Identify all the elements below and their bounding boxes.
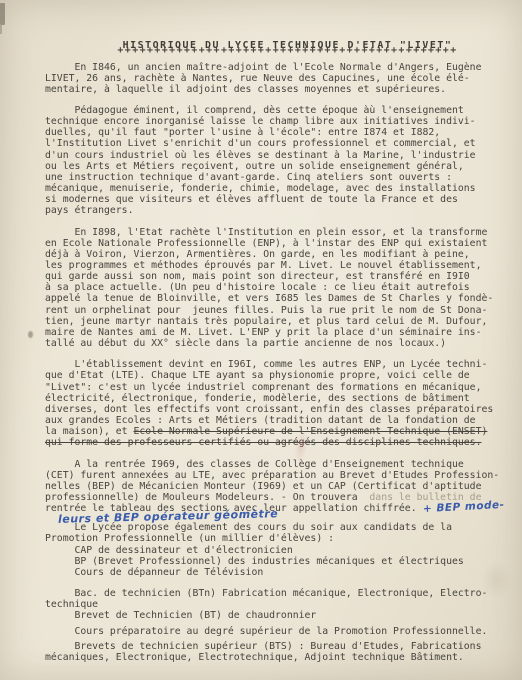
paragraph: L'établissement devint en I96I, comme le…	[45, 359, 500, 448]
text-line: Promotion Professionnelle (un millier d'…	[45, 533, 500, 544]
typed-text: aux grandes Ecoles : Arts et Métiers (tr…	[45, 415, 476, 426]
typed-text: "Livet": c'est un lycée industriel compr…	[45, 382, 481, 393]
scan-artifact-corner	[0, 3, 5, 25]
text-line: une instruction technique d'avant-garde.…	[45, 172, 500, 183]
typed-text: Bac. de technicien (BTn) Fabrication méc…	[45, 588, 487, 599]
typed-text: nelles (BEP) de Mécanicien Monteur (I969…	[45, 481, 481, 492]
struck-through-text: qui forme des professeurs certifiés ou a…	[45, 437, 481, 448]
typed-text: professionnelle) de Mouleurs Modeleurs. …	[45, 492, 369, 503]
text-line: diverses, dont les effectifs vont croiss…	[45, 404, 500, 415]
text-line: "Livet": c'est un lycée industriel compr…	[45, 382, 500, 393]
handwritten-text: + BEP mode-	[422, 500, 504, 515]
text-line: qui garde aussi son nom, mais point son …	[45, 271, 500, 282]
text-line: mécaniques, Electronique, Electrotechniq…	[45, 652, 500, 663]
text-line: LIVET, 26 ans, rachète à Nantes, rue Neu…	[45, 73, 500, 84]
text-line: ou les Arts et Métiers reçoivent, outre …	[45, 161, 500, 172]
typed-text: Promotion Professionnelle (un millier d'…	[45, 533, 334, 544]
typed-text: Pédagogue éminent, il comprend, dès cett…	[45, 105, 464, 116]
text-line: En I898, l'Etat rachète l'Institution en…	[45, 227, 500, 238]
text-line: Pédagogue éminent, il comprend, dès cett…	[45, 105, 500, 116]
text-line: déjà à Voiron, Vierzon, Armentières. On …	[45, 249, 500, 260]
typed-text: ou les Arts et Métiers reçoivent, outre …	[45, 161, 464, 172]
typed-text: la maison), et	[45, 426, 133, 437]
paragraph: En I898, l'Etat rachète l'Institution en…	[45, 227, 500, 350]
scan-artifact-dot	[28, 331, 33, 338]
typed-text: en Ecole Nationale Professionnelle (ENP)…	[45, 238, 487, 249]
text-line: d'un cours industriel où les élèves se d…	[45, 150, 500, 161]
text-line: maire de Nantes ami de M. Livet. L'ENP y…	[45, 327, 500, 338]
text-line: professionnelle) de Mouleurs Modeleurs. …	[45, 492, 500, 503]
paragraph: Brevets de technicien supérieur (BTS) : …	[45, 641, 500, 663]
typed-text: A la rentrée I969, des classes de Collèg…	[45, 459, 464, 470]
scanned-document-page: HISTORIQUE DU LYCEE TECHNIQUE D'ETAT "LI…	[0, 0, 522, 680]
text-line: technique encore inorganisé laisse le ch…	[45, 116, 500, 127]
typed-text: à sa place actuelle. (Un peu d'histoire …	[45, 282, 470, 293]
text-line: la maison), et Ecole Normale Supérieure …	[45, 426, 500, 437]
typed-text: déjà à Voiron, Vierzon, Armentières. On …	[45, 249, 470, 260]
typed-text: tallé au début du XX° siècle dans la par…	[45, 338, 446, 349]
typed-text: les programmes et méthodes éprouvés par …	[45, 260, 481, 271]
text-line: Bac. de technicien (BTn) Fabrication méc…	[45, 588, 500, 599]
typed-text: En I898, l'Etat rachète l'Institution en…	[45, 227, 487, 238]
text-line: (CET) furent annexées au LTE, avec prépa…	[45, 470, 500, 481]
typed-text: Brevets de technicien supérieur (BTS) : …	[45, 641, 481, 652]
text-line: l'Institution Livet s'enrichit d'un cour…	[45, 138, 500, 149]
document-title-block: HISTORIQUE DU LYCEE TECHNIQUE D'ETAT "LI…	[85, 40, 490, 53]
typed-text: BP (Brevet Professionnel) des industries…	[45, 556, 464, 567]
text-line: technique	[45, 599, 500, 610]
text-line: L'établissement devint en I96I, comme le…	[45, 359, 500, 370]
scan-artifact-corner-2	[0, 25, 2, 34]
struck-through-text: Ecole Normale Supérieure de l'Enseigneme…	[133, 426, 487, 437]
text-line: Brevet de Technicien (BT) de chaudronnie…	[45, 610, 500, 621]
typed-text: pays étrangers.	[45, 205, 133, 216]
typed-text: L'établissement devint en I96I, comme le…	[45, 359, 487, 370]
typed-text: mécanique, menuiserie, fonderie, chimie,…	[45, 183, 476, 194]
text-line: électricité, électronique, fonderie, mod…	[45, 393, 500, 404]
text-line: en Ecole Nationale Professionnelle (ENP)…	[45, 238, 500, 249]
typed-text: d'un cours industriel où les élèves se d…	[45, 150, 476, 161]
document-body: En I846, un ancien maître-adjoint de l'E…	[45, 62, 500, 664]
typed-text: mécaniques, Electronique, Electrotechniq…	[45, 652, 464, 663]
paragraph: Cours préparatoire au degré supérieur de…	[45, 626, 500, 637]
typed-text: l'Institution Livet s'enrichit d'un cour…	[45, 138, 476, 149]
typed-text: CAP de dessinateur et d'électronicien	[45, 545, 293, 556]
text-line: aux grandes Ecoles : Arts et Métiers (tr…	[45, 415, 500, 426]
paragraph: En I846, un ancien maître-adjoint de l'E…	[45, 62, 500, 95]
paragraph: Bac. de technicien (BTn) Fabrication méc…	[45, 588, 500, 621]
text-line: les programmes et méthodes éprouvés par …	[45, 260, 500, 271]
text-line: nelles (BEP) de Mécanicien Monteur (I969…	[45, 481, 500, 492]
text-line: Cours de dépanneur de Télévision	[45, 567, 500, 578]
typed-text: maire de Nantes ami de M. Livet. L'ENP y…	[45, 327, 481, 338]
typed-text: Brevet de Technicien (BT) de chaudronnie…	[45, 610, 316, 621]
text-line: A la rentrée I969, des classes de Collèg…	[45, 459, 500, 470]
typed-text: LIVET, 26 ans, rachète à Nantes, rue Neu…	[45, 73, 470, 84]
text-line: duelles, qu'il faut "porter l'usine à l'…	[45, 127, 500, 138]
typed-text: rent un orphelinat pour jeunes filles. P…	[45, 305, 487, 316]
text-line: appelé la tenue de Bloinville, et vers I…	[45, 293, 500, 304]
typed-text: duelles, qu'il faut "porter l'usine à l'…	[45, 127, 440, 138]
paragraph: Pédagogue éminent, il comprend, dès cett…	[45, 105, 500, 217]
paragraph: Le Lycée propose également des cours du …	[45, 522, 500, 578]
paragraph: A la rentrée I969, des classes de Collèg…	[45, 459, 500, 523]
text-line: si modernes que visiteurs et élèves affl…	[45, 194, 500, 205]
typed-text: si modernes que visiteurs et élèves affl…	[45, 194, 458, 205]
text-line: pays étrangers.	[45, 205, 500, 216]
typed-text: appelé la tenue de Bloinville, et vers I…	[45, 293, 493, 304]
typed-text: En I846, un ancien maître-adjoint de l'E…	[45, 62, 481, 73]
typed-text: Cours préparatoire au degré supérieur de…	[45, 626, 487, 637]
typed-text: une instruction technique d'avant-garde.…	[45, 172, 452, 183]
text-line: tien, jeune martyr nantais très populair…	[45, 316, 500, 327]
text-line: que d'Etat (LTE). Chaque LTE ayant sa ph…	[45, 370, 500, 381]
typed-text: technique encore inorganisé laisse le ch…	[45, 116, 476, 127]
typed-text: technique	[45, 599, 98, 610]
text-line: Brevets de technicien supérieur (BTS) : …	[45, 641, 500, 652]
typed-text: Cours de dépanneur de Télévision	[45, 567, 263, 578]
text-line: BP (Brevet Professionnel) des industries…	[45, 556, 500, 567]
typed-text: que d'Etat (LTE). Chaque LTE ayant sa ph…	[45, 370, 470, 381]
title-underline: ++++++++++++++++++++++++++++++++++++++++…	[85, 45, 490, 53]
typed-text: qui garde aussi son nom, mais point son …	[45, 271, 470, 282]
text-line: Cours préparatoire au degré supérieur de…	[45, 626, 500, 637]
typed-text: mentaire, à laquelle il adjoint des clas…	[45, 84, 446, 95]
typed-text: (CET) furent annexées au LTE, avec prépa…	[45, 470, 499, 481]
text-line: tallé au début du XX° siècle dans la par…	[45, 338, 500, 349]
typed-text: électricité, électronique, fonderie, mod…	[45, 393, 470, 404]
text-line: qui forme des professeurs certifiés ou a…	[45, 437, 500, 448]
text-line: En I846, un ancien maître-adjoint de l'E…	[45, 62, 500, 73]
typed-text: diverses, dont les effectifs vont croiss…	[45, 404, 493, 415]
text-line: mécanique, menuiserie, fonderie, chimie,…	[45, 183, 500, 194]
text-line: à sa place actuelle. (Un peu d'histoire …	[45, 282, 500, 293]
text-line: CAP de dessinateur et d'électronicien	[45, 545, 500, 556]
typed-text: tien, jeune martyr nantais très populair…	[45, 316, 487, 327]
text-line: rent un orphelinat pour jeunes filles. P…	[45, 305, 500, 316]
text-line: mentaire, à laquelle il adjoint des clas…	[45, 84, 500, 95]
